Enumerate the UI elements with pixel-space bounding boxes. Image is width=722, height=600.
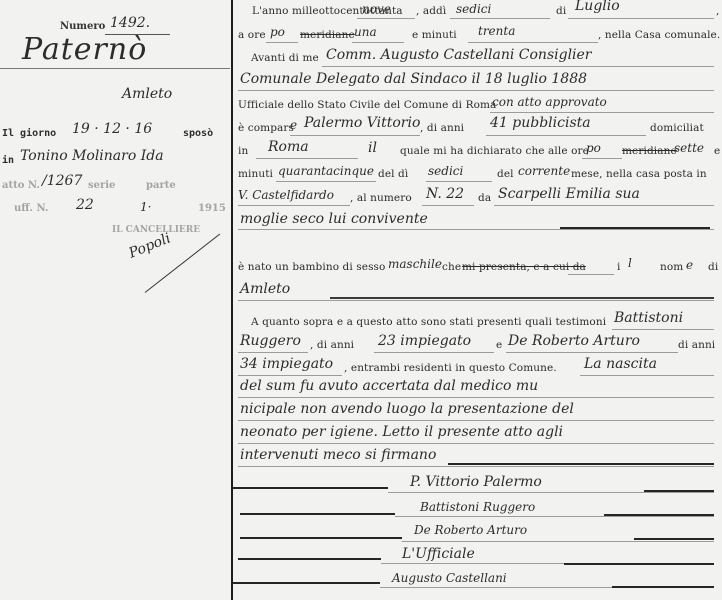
cancelliere-signature: Popoli (127, 230, 173, 261)
l1-blank2 (450, 18, 550, 19)
l7-p1: in (238, 145, 248, 157)
birth-hour-qualifier: po (586, 141, 601, 155)
l1-blank3 (568, 18, 714, 19)
hour-word: una (354, 25, 377, 39)
birth-year-word: nove (362, 2, 391, 16)
l2-p1: a ore (238, 29, 266, 41)
annot-atto-number: /1267 (42, 173, 82, 189)
l2-p2: meridiane (300, 29, 355, 41)
l5-blank (490, 112, 714, 113)
l13-blank (612, 329, 714, 330)
l19-closing-stroke (448, 463, 714, 465)
annot-serie-label: serie (88, 180, 115, 191)
l9-p1: , al numero (350, 192, 412, 204)
l7-p2: quale mi ha dichiarato che alle ore (400, 145, 589, 157)
l8-p1: minuti (238, 168, 273, 180)
l7-p3: meridiane (622, 145, 677, 157)
l2-p3: e minuti (412, 29, 457, 41)
l13-p1: A quanto sopra e a questo atto sono stat… (251, 316, 606, 328)
l14-blank2 (374, 352, 494, 353)
l9-blank2 (422, 205, 474, 206)
note-line-2: nicipale non avendo luogo la presentazio… (240, 401, 574, 417)
l11-h2: l (628, 256, 632, 270)
sig1-base (388, 492, 714, 493)
note-line-4: intervenuti meco si firmano (240, 447, 436, 463)
l6-p2: , di anni (420, 122, 464, 134)
birth-street: V. Castelfidardo (238, 188, 334, 202)
l10-blank (238, 229, 714, 230)
numero-value: 1492. (110, 15, 150, 31)
signature-witness1: Battistoni Ruggero (420, 500, 535, 514)
annot-giorno-label: Il giorno (2, 128, 56, 139)
l2-blank2 (352, 42, 404, 43)
l18-blank (238, 443, 714, 444)
annot-year: 1915 (198, 203, 226, 214)
l11-p2: che (442, 261, 461, 273)
l5-p1: Ufficiale dello Stato Civile del Comune … (238, 99, 496, 111)
sig1-tail-line (644, 490, 714, 492)
officer-name: Comm. Augusto Castellani Consiglier (326, 47, 592, 63)
l2-blank3 (468, 42, 598, 43)
signature-witness2: De Roberto Arturo (414, 523, 527, 537)
note-line-1: del sum fu avuto accertata dal medico mu (240, 378, 538, 394)
l1-p2: , addì (416, 5, 446, 17)
l14-blank3 (506, 352, 678, 353)
birth-house-number: N. 22 (426, 186, 464, 202)
l14-p2: e (496, 339, 502, 351)
sig2-base (395, 516, 714, 517)
birth-minutes-word: quarantacinque (278, 164, 374, 178)
annot-uff-mid: 1· (140, 200, 151, 214)
annot-uff-label: uff. N. (14, 203, 48, 214)
l11-p1: è nato un bambino di sesso (238, 261, 385, 273)
l8-blank1 (276, 181, 376, 182)
declarant-name: Palermo Vittorio (304, 115, 420, 131)
l10-closing-stroke (560, 227, 710, 229)
l12-blank (238, 300, 714, 301)
column-divider (231, 0, 233, 600)
sig2-tail-line (604, 514, 714, 516)
annot-spouse-name: Tonino Molinaro Ida (20, 148, 164, 164)
l14-blank1 (238, 352, 308, 353)
declarant-age-job: 41 pubblicista (490, 115, 591, 131)
signature-declarant: P. Vittorio Palermo (410, 474, 542, 490)
sig5-lead-line (233, 582, 380, 584)
note-line-3: neonato per igiene. Letto il presente at… (240, 424, 563, 440)
l11-p6: di (708, 261, 718, 273)
sig4-tail-line (564, 563, 714, 565)
sig3-tail-line (634, 538, 714, 540)
mother-relationship: moglie seco lui convivente (240, 211, 428, 227)
witness1-surname: Battistoni (614, 310, 683, 326)
signature-officer-title: L'Ufficiale (402, 546, 475, 562)
l9-p2: da (478, 192, 491, 204)
l7-p4: e (714, 145, 720, 157)
sig5-tail-line (612, 586, 714, 588)
hour-qualifier: po (270, 25, 285, 39)
annot-parte-label: parte (146, 180, 176, 191)
l16-blank (238, 397, 714, 398)
witness2-name: De Roberto Arturo (508, 333, 640, 349)
numero-label: Numero (60, 21, 105, 32)
l15-blank1 (238, 375, 342, 376)
l6-blank2 (486, 135, 646, 136)
l11-p5: nom (660, 261, 683, 273)
sig3-base (402, 541, 714, 542)
minutes-word: trenta (478, 24, 515, 38)
l7-blank1 (256, 158, 358, 159)
signature-officer: Augusto Castellani (392, 571, 507, 585)
l7-blank2 (582, 158, 622, 159)
l8-blank2 (426, 181, 492, 182)
witness2-age-job: 34 impiegato (240, 356, 333, 372)
witness1-given: Ruggero (240, 333, 301, 349)
surname-rule (0, 68, 230, 69)
sig2-lead-line (240, 513, 395, 515)
l3-p1: Avanti di me (251, 52, 319, 64)
child-sex: maschile (388, 257, 442, 271)
sig3-lead-line (240, 537, 402, 539)
l11-p4: i (617, 261, 620, 273)
l2-p4: , nella Casa comunale. (598, 29, 720, 41)
sig1-lead-line (233, 487, 388, 489)
l12-closing-stroke (330, 297, 714, 299)
birth-day-word: sedici (456, 2, 491, 16)
surname: Paternò (22, 32, 147, 67)
l6-h0: e (290, 118, 297, 132)
current-month-word: corrente (518, 164, 570, 178)
witness1-age-job: 23 impiegato (378, 333, 471, 349)
register-page: Numero 1492. Paternò Amleto Il giorno 19… (0, 0, 722, 600)
l6-p1: è compars (238, 122, 294, 134)
officer-delegation: Comunale Delegato dal Sindaco il 18 lugl… (240, 71, 587, 87)
l14-p3: di anni (678, 339, 715, 351)
l7-h2: il (368, 140, 377, 156)
l6-p3: domiciliat (650, 122, 704, 134)
annot-uff-number: 22 (76, 197, 94, 213)
l3-blank (322, 66, 714, 67)
given-name: Amleto (122, 86, 172, 102)
birth-month: Luglio (575, 0, 620, 14)
l6-blank1 (290, 135, 420, 136)
l1-p3: di (556, 5, 566, 17)
l15-p1: , entrambi residenti in questo Comune. (344, 362, 557, 374)
note-start: La nascita (584, 356, 657, 372)
l1-blank1 (357, 18, 415, 19)
approval-note: con atto approvato (492, 95, 607, 109)
annot-atto-label: atto N. (2, 180, 40, 191)
l9-blank3 (494, 205, 714, 206)
l8-p3: del (497, 168, 514, 180)
annot-marriage-date: 19 · 12 · 16 (72, 121, 152, 137)
annot-sposo-label: sposò (183, 128, 213, 139)
birth-hour-word: sette (674, 141, 704, 155)
l1-p4: , (716, 5, 719, 17)
child-given-name: Amleto (240, 281, 290, 297)
l11-blank1 (568, 274, 614, 275)
l2-blank1 (266, 42, 298, 43)
l11-h3: e (686, 258, 693, 272)
mother-name: Scarpelli Emilia sua (498, 186, 640, 202)
l8-p4: mese, nella casa posta in (571, 168, 707, 180)
birth-day-of-month: sedici (428, 164, 463, 178)
l11-p3: mi presenta, e a cui da (462, 261, 586, 273)
l19-blank (238, 466, 714, 467)
l17-blank (238, 420, 714, 421)
l14-p1: , di anni (310, 339, 354, 351)
annot-in-label: in (2, 155, 14, 166)
sig4-lead-line (238, 558, 381, 560)
declarant-residence: Roma (268, 139, 309, 155)
l15-blank2 (580, 375, 714, 376)
l8-p2: del dì (378, 168, 408, 180)
l4-blank (238, 90, 714, 91)
l9-blank1 (238, 205, 350, 206)
